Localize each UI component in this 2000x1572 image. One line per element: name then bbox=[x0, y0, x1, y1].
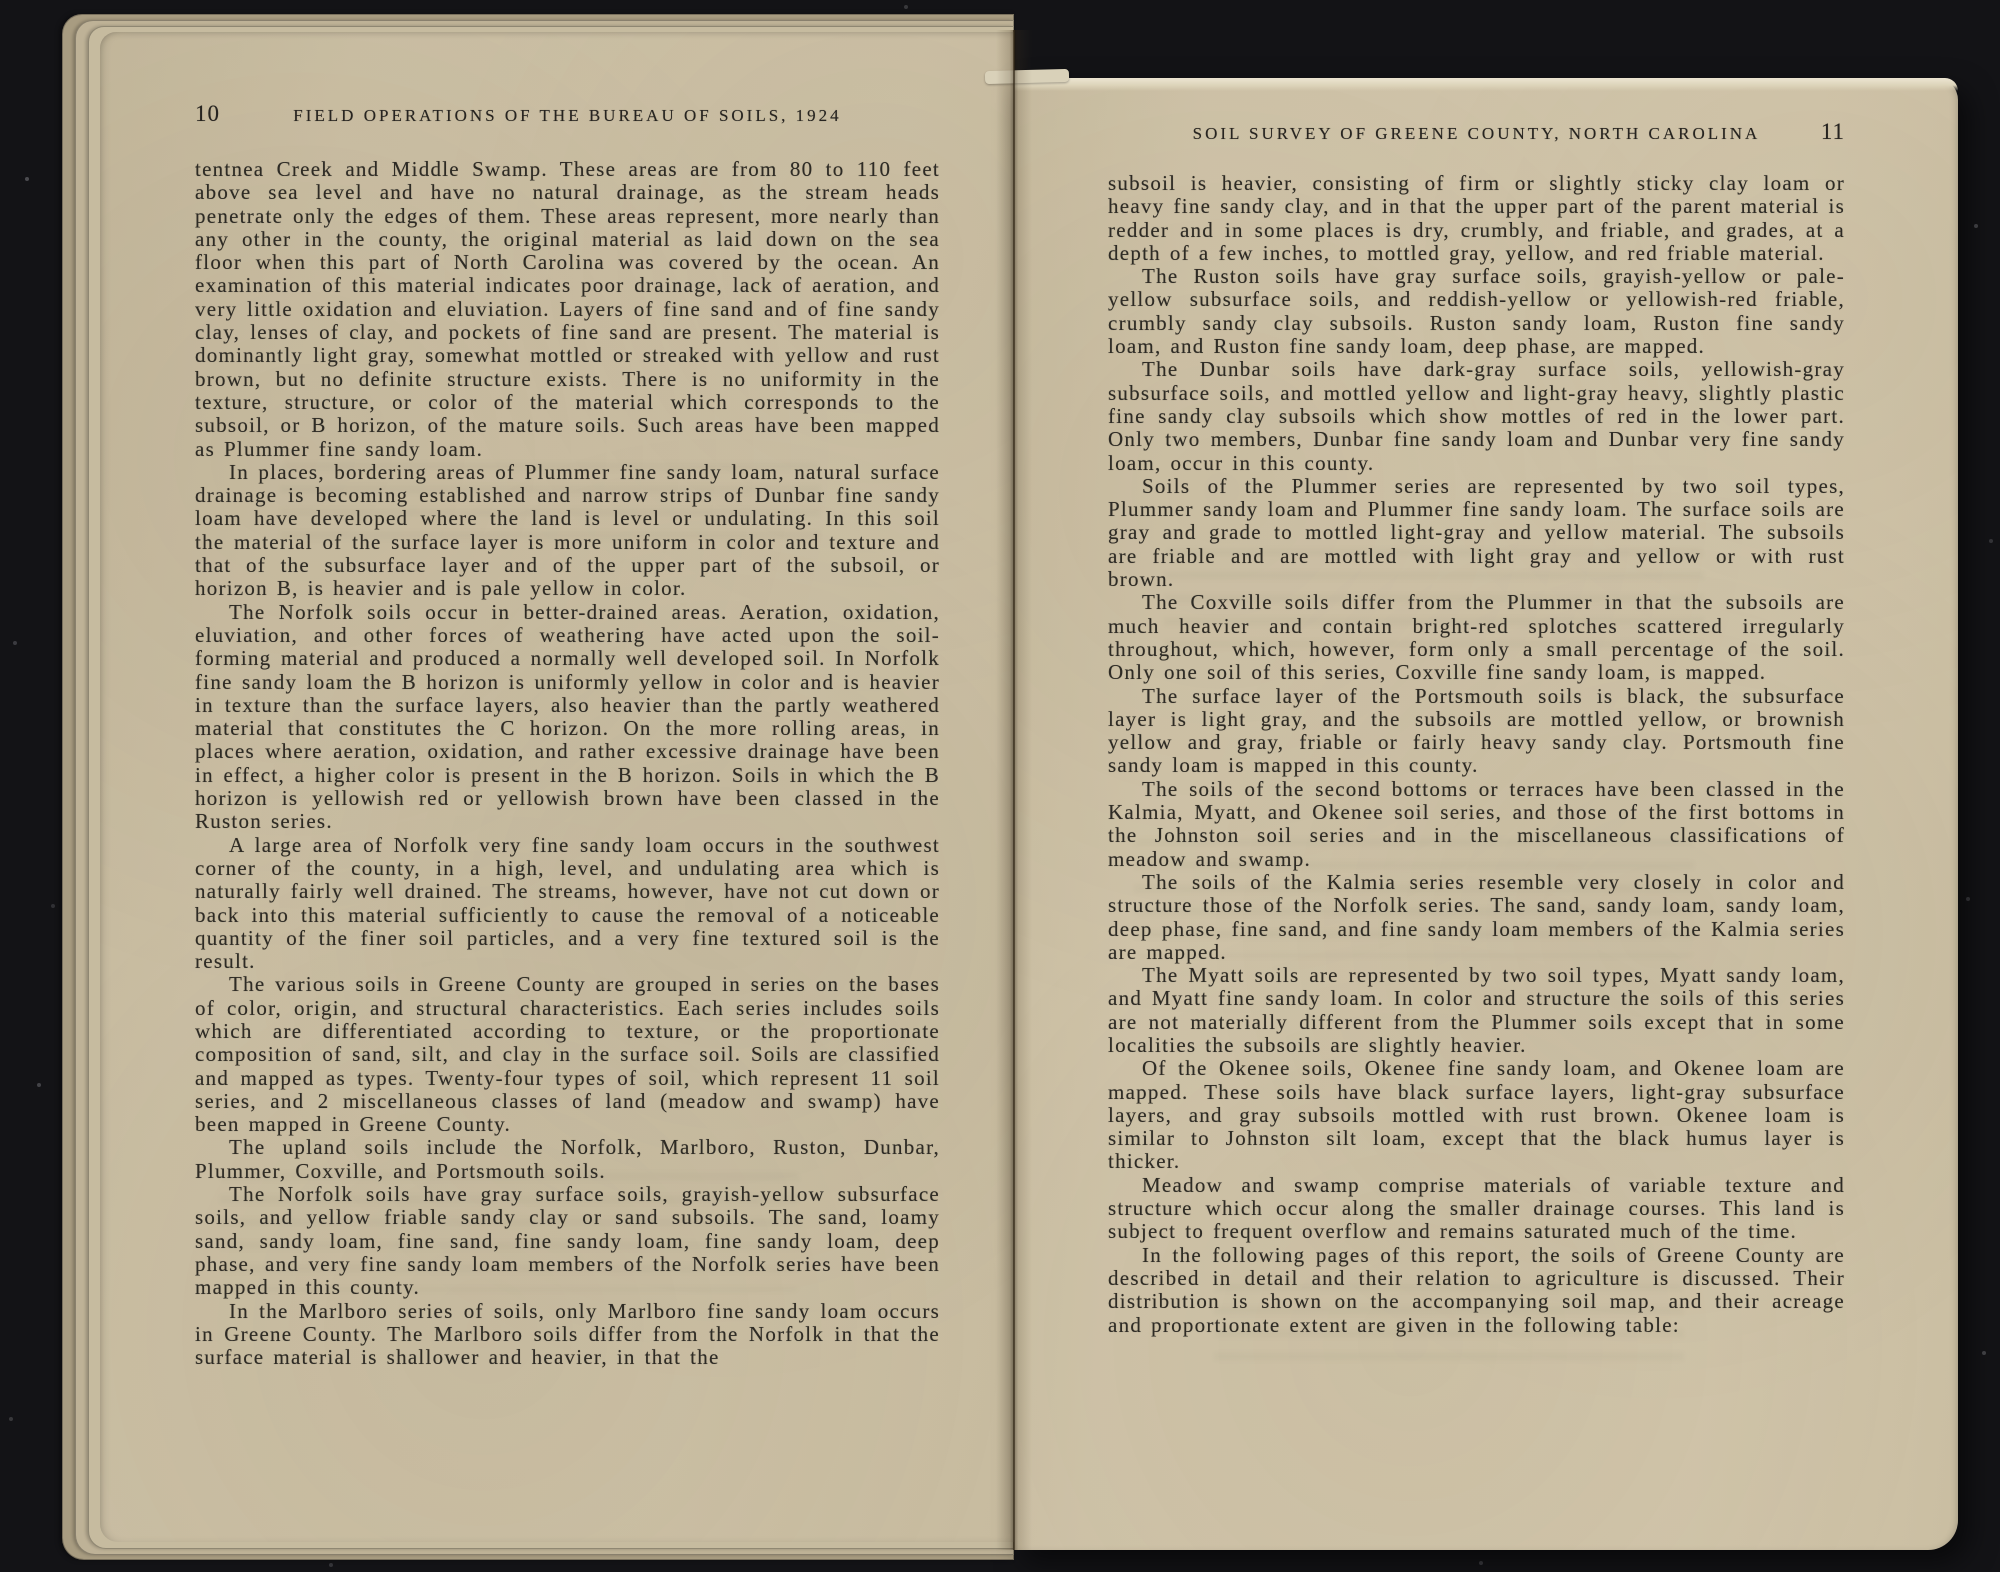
paragraph: The soils of the second bottoms or terra… bbox=[1108, 778, 1845, 871]
paragraph: In places, bordering areas of Plummer fi… bbox=[195, 461, 940, 601]
paragraph: The Ruston soils have gray surface soils… bbox=[1108, 265, 1845, 358]
page-number-left: 10 bbox=[195, 101, 220, 127]
paragraph: The Coxville soils differ from the Plumm… bbox=[1108, 591, 1845, 684]
paragraph: The Myatt soils are represented by two s… bbox=[1108, 964, 1845, 1057]
paragraph: The soils of the Kalmia series resemble … bbox=[1108, 871, 1845, 964]
paragraph: The various soils in Greene County are g… bbox=[195, 973, 940, 1136]
page-top-edge bbox=[1014, 78, 1958, 91]
right-page: SOIL SURVEY OF GREENE COUNTY, NORTH CARO… bbox=[1014, 78, 1958, 1550]
paragraph: In the following pages of this report, t… bbox=[1108, 1244, 1845, 1337]
paragraph: The Dunbar soils have dark-gray surface … bbox=[1108, 358, 1845, 474]
paragraph: The Norfolk soils occur in better-draine… bbox=[195, 601, 940, 834]
running-header-right: SOIL SURVEY OF GREENE COUNTY, NORTH CARO… bbox=[1108, 124, 1845, 144]
paragraph: The upland soils include the Norfolk, Ma… bbox=[195, 1136, 940, 1183]
paragraph: subsoil is heavier, consisting of firm o… bbox=[1108, 172, 1845, 265]
left-page-text: tentnea Creek and Middle Swamp. These ar… bbox=[195, 158, 940, 1369]
scanned-book-photo: 10 FIELD OPERATIONS OF THE BUREAU OF SOI… bbox=[0, 0, 2000, 1572]
paragraph: A large area of Norfolk very fine sandy … bbox=[195, 834, 940, 974]
gutter-top-page-edge bbox=[985, 69, 1069, 84]
paragraph: tentnea Creek and Middle Swamp. These ar… bbox=[195, 158, 940, 461]
right-page-header: SOIL SURVEY OF GREENE COUNTY, NORTH CARO… bbox=[1108, 124, 1845, 144]
paragraph: Of the Okenee soils, Okenee fine sandy l… bbox=[1108, 1057, 1845, 1173]
paragraph: The surface layer of the Portsmouth soil… bbox=[1108, 685, 1845, 778]
paragraph: The Norfolk soils have gray surface soil… bbox=[195, 1183, 940, 1299]
paragraph: In the Marlboro series of soils, only Ma… bbox=[195, 1300, 940, 1370]
paragraph: Meadow and swamp comprise materials of v… bbox=[1108, 1174, 1845, 1244]
left-page: 10 FIELD OPERATIONS OF THE BUREAU OF SOI… bbox=[100, 32, 1014, 1542]
right-page-text: subsoil is heavier, consisting of firm o… bbox=[1108, 172, 1845, 1337]
page-number-right: 11 bbox=[1821, 119, 1845, 145]
paragraph: Soils of the Plummer series are represen… bbox=[1108, 475, 1845, 591]
left-page-header: 10 FIELD OPERATIONS OF THE BUREAU OF SOI… bbox=[195, 106, 940, 126]
running-header-left: FIELD OPERATIONS OF THE BUREAU OF SOILS,… bbox=[195, 106, 940, 126]
